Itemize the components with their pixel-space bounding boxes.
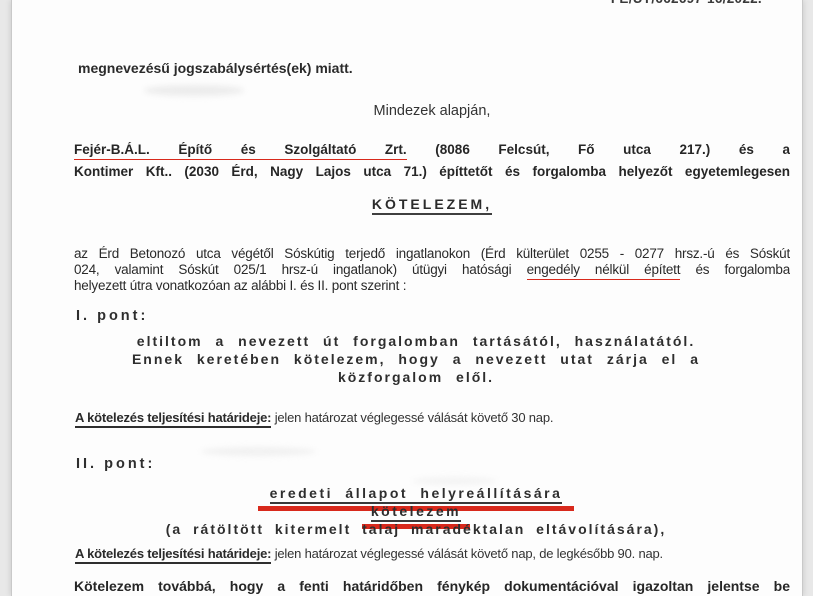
point1-deadline-value: jelen határozat véglegessé válását követ… <box>275 410 554 425</box>
scan-artifact <box>412 477 497 485</box>
scope-paragraph-line-3: helyezett útra vonatkozóan az alábbi I. … <box>74 278 406 293</box>
reason-line: megnevezésű jogszabálysértés(ek) miatt. <box>78 60 353 76</box>
document-canvas: FE/UT/662697-16/2022. megnevezésű jogsza… <box>0 0 813 596</box>
kotelezem-underline: KÖTELEZEM, <box>372 196 492 215</box>
company-name-red-underline: Fejér-B.Á.L. Építő és Szolgáltató Zrt. <box>74 142 407 160</box>
point2-deadline-line: A kötelezés teljesítési határideje: jele… <box>75 546 663 561</box>
point1-order-line-1: eltiltom a nevezett út forgalomban tartá… <box>36 333 796 349</box>
point1-deadline-label: A kötelezés teljesítési határideje: <box>75 410 271 428</box>
point2-heading: II. pont: <box>76 456 155 472</box>
scope-line2-pre: 024, valamint Sóskút 025/1 hrsz-ú ingatl… <box>74 262 511 277</box>
point2-restore-line-3: (a rátöltött kitermelt talaj maradéktala… <box>36 521 796 537</box>
no-permit-red-underline: engedély nélkül épített <box>527 262 681 280</box>
scan-artifact <box>201 447 316 456</box>
scan-artifact <box>144 85 244 96</box>
scope-line2-post: és forgalomba <box>695 262 790 277</box>
point1-deadline-line: A kötelezés teljesítési határideje: jele… <box>75 410 553 425</box>
point1-order-line-2: Ennek keretében kötelezem, hogy a neveze… <box>36 351 796 367</box>
obligated-parties-line-2: Kontimer Kft.. (2030 Érd, Nagy Lajos utc… <box>74 164 790 182</box>
basis-line: Mindezek alapján, <box>75 103 789 119</box>
document-page: FE/UT/662697-16/2022. megnevezésű jogsza… <box>11 0 803 596</box>
point2-deadline-label: A kötelezés teljesítési határideje: <box>75 546 271 564</box>
restore-black-underline: eredeti állapot helyreállítására <box>270 485 563 504</box>
point2-deadline-value: jelen határozat véglegessé válását követ… <box>275 546 663 561</box>
kotelezem-heading: KÖTELEZEM, <box>75 196 789 212</box>
closing-line: Kötelezem továbbá, hogy a fenti határidő… <box>74 578 790 596</box>
point1-order-line-3: közforgalom elől. <box>36 369 796 385</box>
case-number: FE/UT/662697-16/2022. <box>611 0 762 6</box>
company-address-text: (8086 Felcsút, Fő utca 217.) és a <box>435 142 790 157</box>
obligated-parties-line-1: Fejér-B.Á.L. Építő és Szolgáltató Zrt. (… <box>74 142 790 160</box>
kotelezem-black-underline: kötelezem <box>371 503 461 522</box>
point1-heading: I. pont: <box>76 308 148 324</box>
